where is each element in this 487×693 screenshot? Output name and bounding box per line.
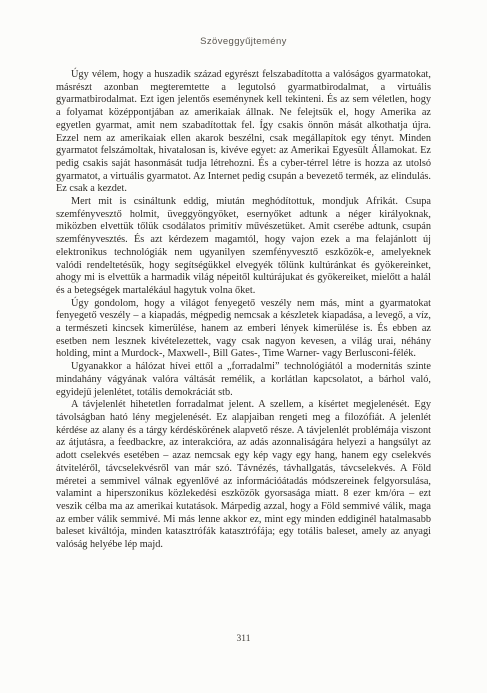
body-text: Úgy vélem, hogy a huszadik század egyrés…	[56, 69, 431, 552]
page-number: 311	[0, 634, 487, 644]
running-header: Szöveggyűjtemény	[0, 36, 487, 47]
paragraph-3: Úgy gondolom, hogy a világot fenyegető v…	[56, 298, 431, 362]
paragraph-1: Úgy vélem, hogy a huszadik század egyrés…	[56, 69, 431, 196]
paragraph-4: Ugyanakkor a hálózat hívei ettől a „forr…	[56, 361, 431, 399]
paragraph-2: Mert mit is csináltunk eddig, miután meg…	[56, 196, 431, 298]
book-page: Szöveggyűjtemény Úgy vélem, hogy a husza…	[0, 0, 487, 693]
paragraph-5: A távjelenlét hihetetlen forradalmat jel…	[56, 399, 431, 551]
